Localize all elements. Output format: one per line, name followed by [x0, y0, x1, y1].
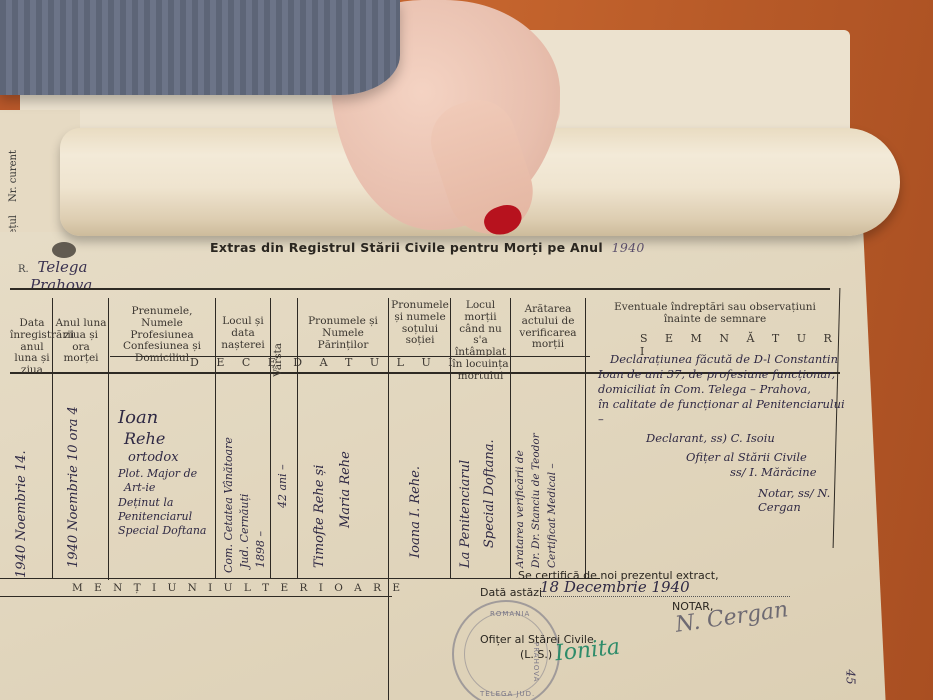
deceased-section-label: D E C E D A T U L U I: [190, 356, 460, 369]
title-year: 1940: [612, 240, 645, 255]
cell-observations: Declarațiunea făcută de D-l Constantin I…: [598, 352, 848, 515]
title-text: Extras din Registrul Stării Civile pentr…: [210, 240, 603, 255]
registry-table: Data înregistrării anul luna și ziua Anu…: [0, 288, 855, 698]
stamp-text-top: ROMANIA: [490, 610, 530, 618]
notary-signature: Notar, ss/ N. Cergan: [598, 486, 848, 516]
status: Deținut la: [118, 496, 218, 510]
profession-cont: Art-ie: [118, 481, 218, 495]
cell-verification-1: Aratarea verificării de: [514, 373, 526, 568]
cell-death-place-1: La Penitenciarul: [458, 418, 473, 568]
given-name: Ioan: [118, 406, 218, 429]
mentions-label: M E N Ț I U N I U L T E R I O A R E: [72, 582, 404, 594]
seal-label: (L. S.): [520, 648, 552, 661]
column-header-parents: Pronumele și Numele Părinților: [300, 316, 386, 351]
sweater-sleeve: [0, 0, 400, 95]
date-value: 18 Decembrie 1940: [540, 578, 790, 597]
page-number: 45: [844, 669, 858, 684]
date-label: Dată astăzi: [480, 586, 542, 599]
cell-verification-3: Certificat Medical –: [546, 373, 558, 568]
stamp-text-bottom: TELEGA JUD.: [480, 690, 535, 698]
officer-signature: ss/ I. Mărăcine: [598, 465, 848, 480]
cell-death-date: 1940 Noembrie 10 ora 4: [66, 398, 81, 568]
column-header-death-place: Locul morții când nu s'a întâmplat în lo…: [452, 300, 509, 382]
column-header-observations: Eventuale îndreptări sau observațiuni în…: [600, 302, 830, 326]
column-header-registration-date: Data înregistrării anul luna și ziua: [10, 318, 54, 377]
profession: Plot. Major de: [118, 467, 218, 481]
cell-verification-2: Dr. Dr. Stanciu de Teodor: [530, 373, 542, 568]
confession: ortodox: [118, 450, 218, 467]
domicile: Penitenciarul: [118, 510, 218, 524]
cell-death-place-2: Special Doftana.: [482, 418, 497, 548]
column-header-verification: Arătarea actului de verificarea morții: [512, 304, 584, 351]
location-prefix: R.: [18, 264, 29, 275]
cell-registration-date: 1940 Noembrie 14.: [14, 418, 29, 578]
column-header-spouse: Pronumele și numele soțului soției: [391, 300, 449, 347]
cell-name-profession: Ioan Rehe ortodox Plot. Major de Art-ie …: [118, 406, 218, 539]
cell-age: 42 ani –: [276, 448, 289, 508]
surname: Rehe: [118, 429, 218, 450]
declaration-line: în calitate de funcționar al Penitenciar…: [598, 397, 848, 427]
document-title: Extras din Registrul Stării Civile pentr…: [210, 240, 645, 255]
locality-line-1: R. Telega: [18, 258, 87, 276]
cell-spouse: Ioana I. Rehe.: [408, 428, 423, 558]
declaration-line: domiciliat în Com. Telega – Prahova,: [598, 382, 848, 397]
coat-of-arms-icon: [52, 242, 76, 258]
declarant-signature: Declarant, ss) C. Isoiu: [598, 431, 848, 446]
column-header-death-date: Anul luna ziua și ora morței: [55, 318, 107, 365]
officer-title: Ofițer al Stării Civile: [598, 450, 848, 465]
cell-birth-place-1: Com. Cetatea Vânătoare: [222, 388, 235, 573]
domicile-cont: Special Doftana: [118, 524, 218, 538]
column-header-birth-place: Locul și data nașterei: [217, 316, 269, 351]
cell-birth-year: 1898 –: [254, 498, 267, 568]
declaration-line: Ioan de ani 37, de profesiune funcționar…: [598, 367, 848, 382]
cell-parent-father: Timofte Rehe și: [312, 428, 327, 568]
back-page-label: Nr. curent: [8, 150, 19, 202]
cell-birth-place-2: Jud. Cernăuți: [238, 458, 251, 568]
cell-parent-mother: Maria Rehe: [338, 428, 353, 528]
locality-commune: Telega: [38, 258, 88, 276]
declaration-line: Declarațiunea făcută de D-l Constantin: [598, 352, 848, 367]
